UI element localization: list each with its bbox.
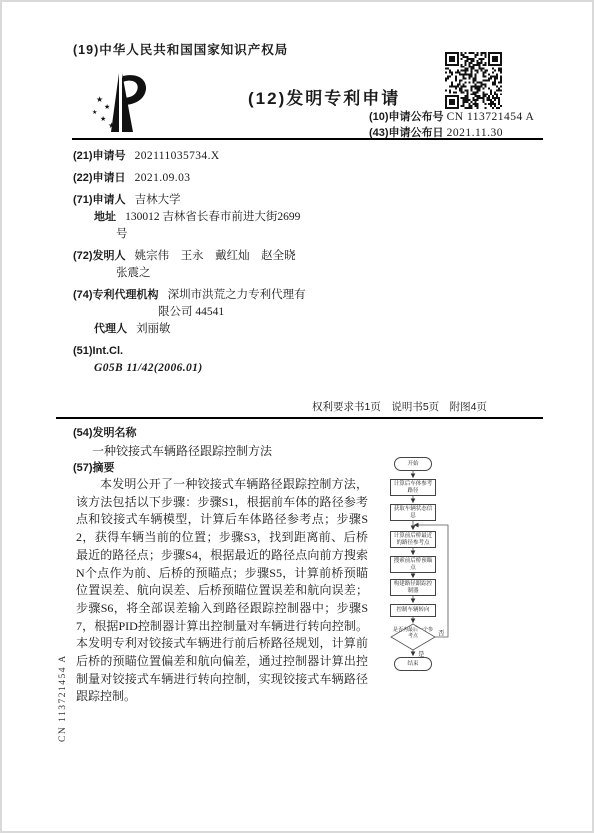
application-number-label: (21)申请号 — [73, 150, 126, 162]
flow-step-nearest-points: 计算前后桥最近的路径参考点 — [390, 531, 436, 548]
publication-number-row: (10)申请公布号 CN 113721454 A — [369, 108, 534, 124]
flow-step-rear-path: 计算后车体参考路径 — [390, 479, 436, 496]
invention-title-label: (54)发明名称 — [73, 424, 137, 440]
header-divider-rule — [72, 138, 543, 140]
svg-text:★: ★ — [92, 109, 97, 116]
agent-row: 代理人 刘丽敏 — [73, 321, 378, 338]
intcl-block: (51)Int.Cl. G05B 11/42(2006.01) — [73, 343, 378, 377]
abstract-label: (57)摘要 — [73, 459, 115, 475]
intcl-value: G05B 11/42(2006.01) — [73, 360, 378, 377]
application-date: 2021.09.03 — [135, 172, 191, 184]
agency-label: (74)专利代理机构 — [73, 289, 159, 301]
agency-line1: 深圳市洪荒之力专利代理有 — [168, 289, 306, 301]
svg-text:★: ★ — [96, 95, 103, 104]
flowchart-figure: 开始 计算后车体参考路径 获取车辆状态信息 计算前后桥最近的路径参考点 搜索前后… — [377, 452, 542, 687]
publication-number: CN 113721454 A — [447, 111, 535, 123]
agency-row: (74)专利代理机构 深圳市洪荒之力专利代理有 — [73, 287, 378, 304]
application-date-row: (22)申请日 2021.09.03 — [73, 170, 378, 187]
flow-end-node: 结束 — [394, 657, 432, 671]
invention-title: 一种铰接式车辆路径跟踪控制方法 — [92, 442, 272, 459]
address-row: 地址 130012 吉林省长春市前进大街2699 — [73, 209, 378, 226]
flow-branch-no-label: 否 — [438, 628, 445, 637]
flow-step-preview-points: 搜索前后桥预瞄点 — [390, 556, 436, 573]
qr-code — [445, 52, 502, 109]
agent-name: 刘丽敏 — [136, 323, 171, 335]
side-publication-code: CN 113721454 A — [58, 647, 68, 742]
patent-front-page: (19)中华人民共和国国家知识产权局 ★ ★ ★ ★ ★ (12)发明专利申请 … — [0, 0, 594, 833]
flow-decision-last-point: 是否为最后一个参考点 — [391, 627, 435, 639]
svg-text:★: ★ — [104, 103, 110, 111]
abstract-text: 本发明公开了一种铰接式车辆路径跟踪控制方法，该方法包括以下步骤：步骤S1，根据前… — [76, 476, 368, 706]
applicant-block: (71)申请人 吉林大学 地址 130012 吉林省长春市前进大街2699 号 — [73, 192, 378, 243]
inventors-label: (72)发明人 — [73, 250, 126, 262]
agency-block: (74)专利代理机构 深圳市洪荒之力专利代理有 限公司 44541 代理人 刘丽… — [73, 287, 378, 338]
agent-label: 代理人 — [94, 323, 127, 335]
svg-text:★: ★ — [108, 121, 115, 130]
inventors-row: (72)发明人 姚宗伟 王永 戴红灿 赵全晓 — [73, 248, 378, 265]
section-divider-rule — [56, 417, 543, 419]
application-number-row: (21)申请号 202111035734.X — [73, 148, 378, 165]
bibliographic-section: (21)申请号 202111035734.X (22)申请日 2021.09.0… — [73, 148, 378, 382]
flow-step-vehicle-state: 获取车辆状态信息 — [390, 504, 436, 521]
issuing-office: (19)中华人民共和国国家知识产权局 — [73, 40, 288, 58]
flow-step-controller: 构建路径跟踪控制器 — [390, 579, 436, 596]
applicant-label: (71)申请人 — [73, 194, 126, 206]
agency-line2: 限公司 44541 — [73, 304, 378, 321]
address-line1: 130012 吉林省长春市前进大街2699 — [125, 211, 300, 223]
svg-text:★: ★ — [100, 115, 106, 123]
inventors-block: (72)发明人 姚宗伟 王永 戴红灿 赵全晓 张震之 — [73, 248, 378, 282]
inventors-line1: 姚宗伟 王永 戴红灿 赵全晓 — [135, 250, 296, 262]
intcl-label: (51)Int.Cl. — [73, 343, 372, 360]
applicant-name: 吉林大学 — [135, 194, 181, 206]
document-type-title: (12)发明专利申请 — [248, 84, 400, 109]
address-label: 地址 — [94, 211, 116, 223]
inventors-line2: 张震之 — [73, 265, 378, 282]
publication-number-label: (10)申请公布号 — [369, 111, 444, 123]
address-line2: 号 — [73, 226, 378, 243]
pages-count-info: 权利要求书1页 说明书5页 附图4页 — [292, 399, 507, 414]
application-number: 202111035734.X — [135, 150, 220, 162]
cnipa-logo-icon: ★ ★ ★ ★ ★ — [88, 70, 154, 140]
flow-step-steering: 控制车辆转向 — [390, 604, 436, 617]
application-date-label: (22)申请日 — [73, 172, 126, 184]
applicant-row: (71)申请人 吉林大学 — [73, 192, 378, 209]
flow-start-node: 开始 — [394, 457, 432, 471]
